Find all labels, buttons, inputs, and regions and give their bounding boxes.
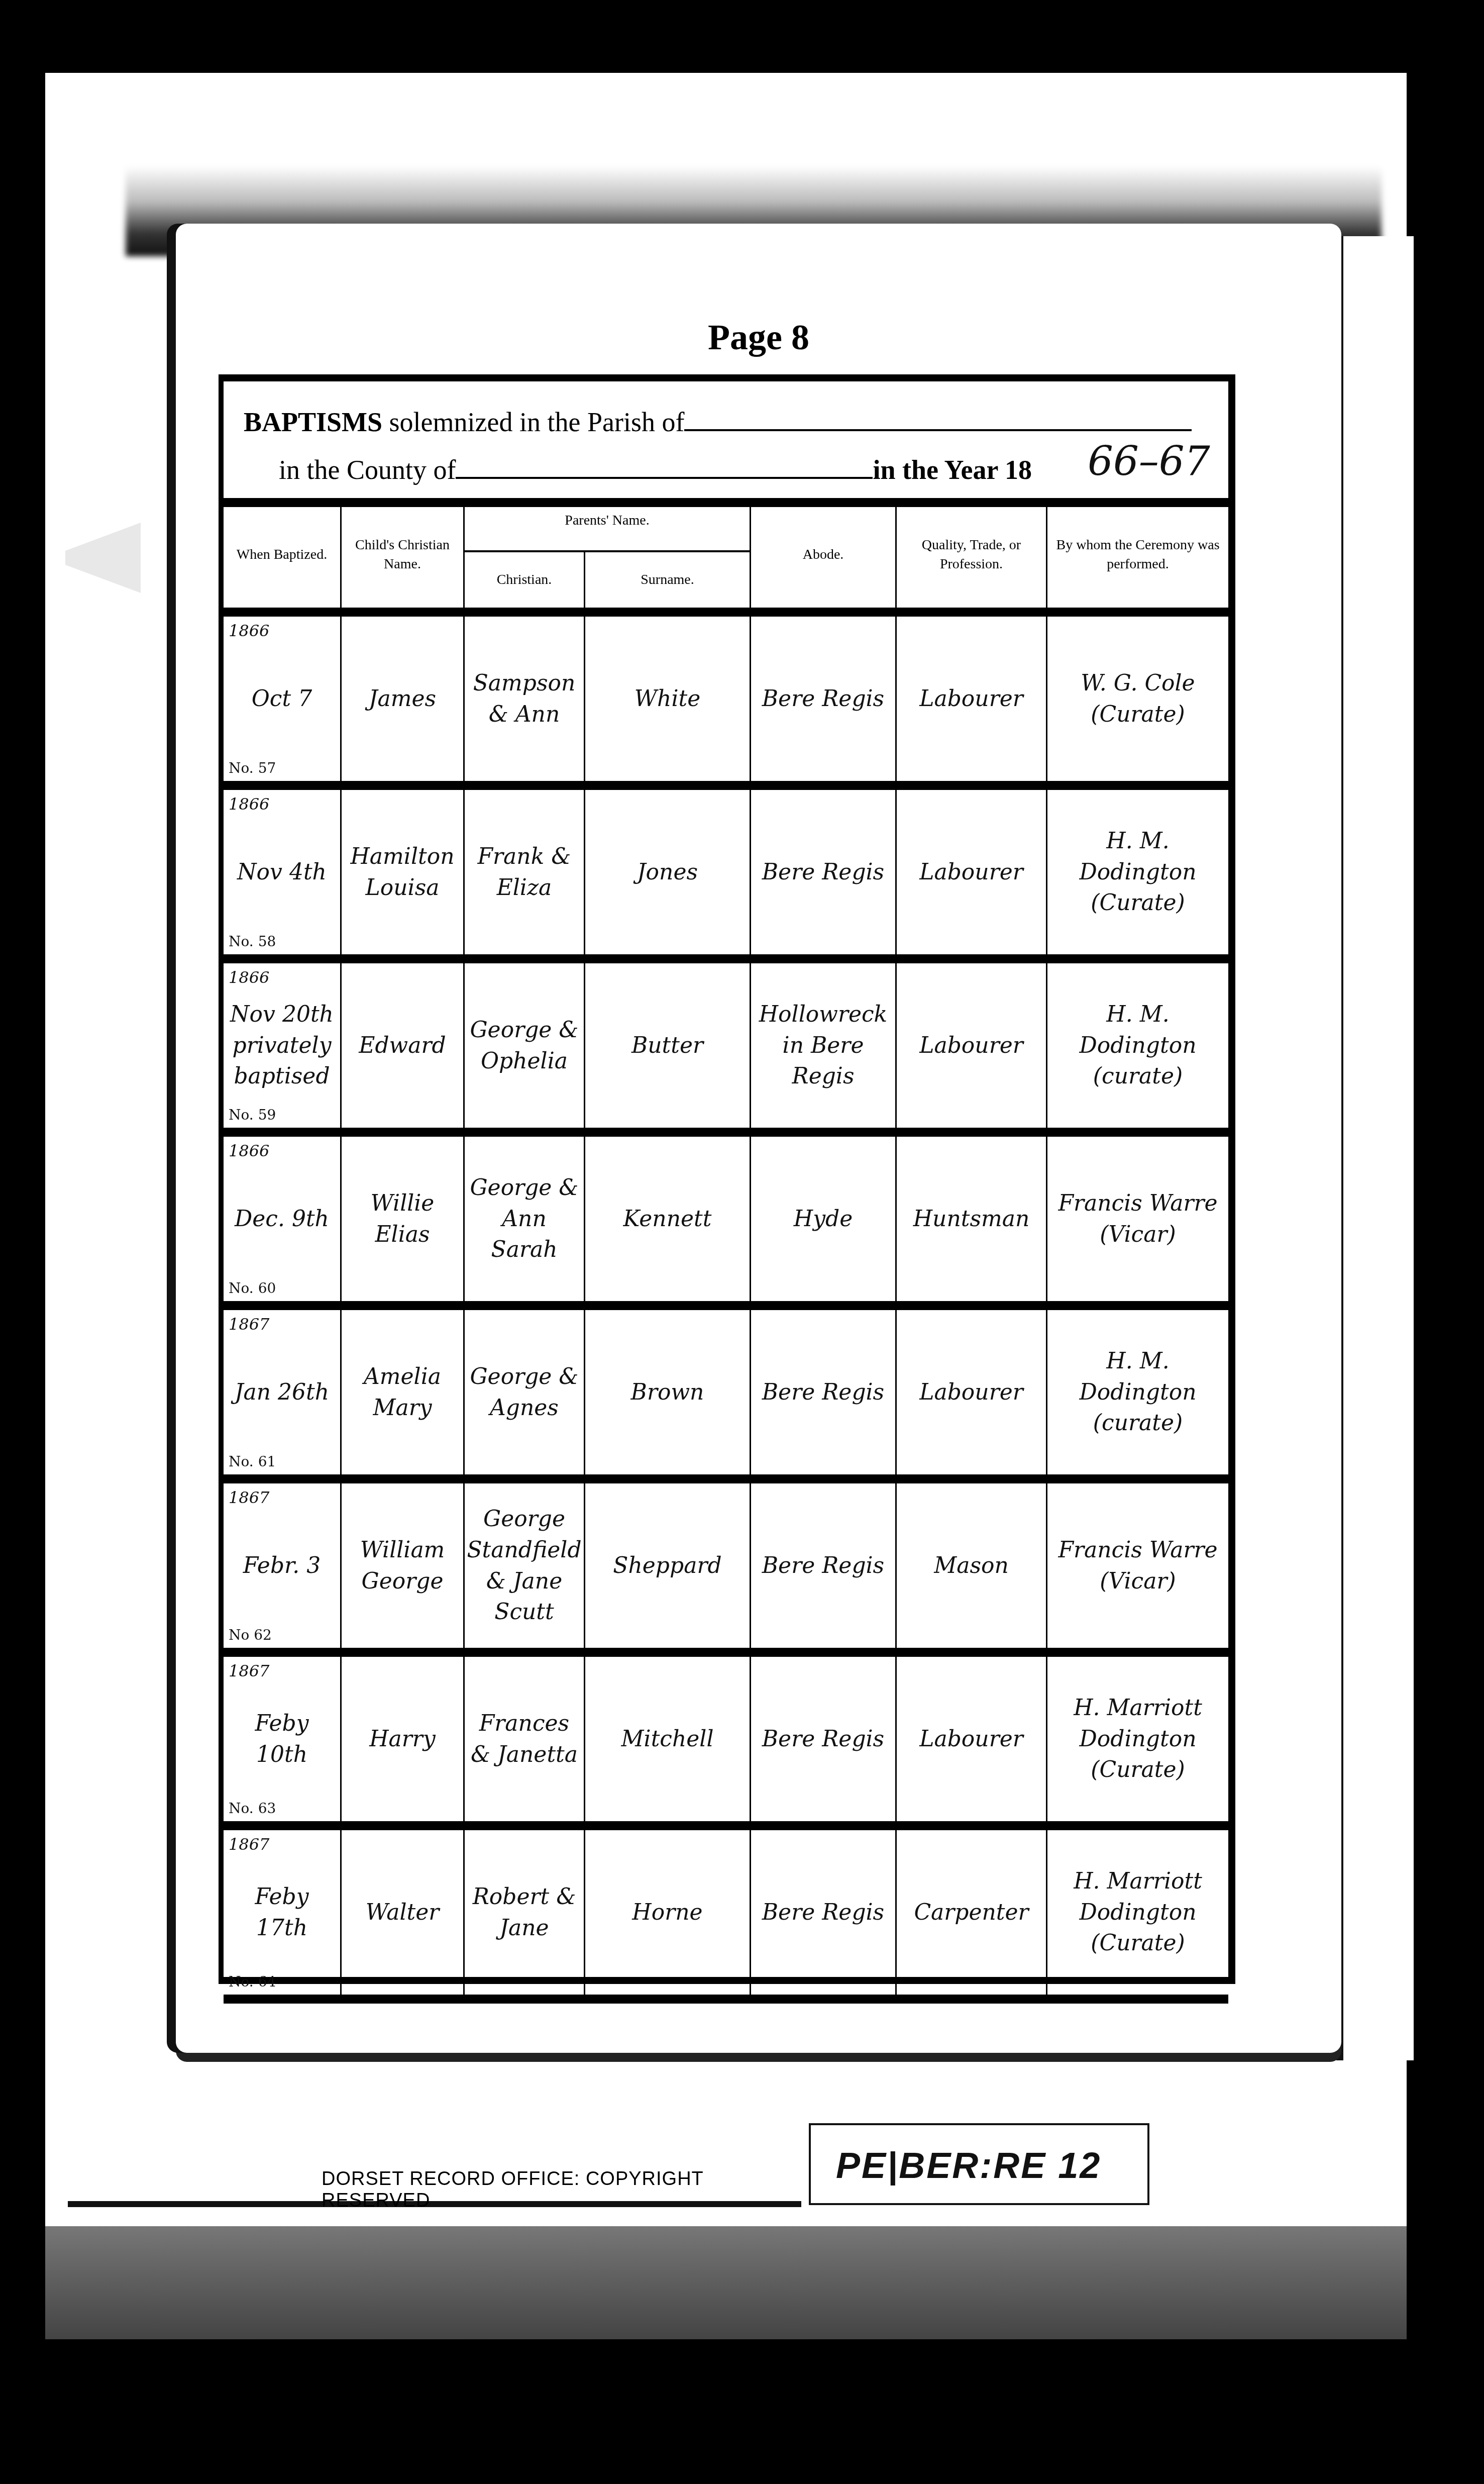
entry-number: No. 64 (229, 1972, 276, 1992)
cell-parents-christian: George & Agnes (465, 1310, 585, 1474)
col-abode: Abode. (751, 502, 897, 608)
cell-surname: Jones (585, 790, 751, 954)
entry-number: No 62 (229, 1625, 272, 1645)
cell-parents-christian: Frances & Janetta (465, 1657, 585, 1821)
col-by-whom: By whom the Ceremony was performed. (1047, 502, 1228, 608)
cell-surname: Horne (585, 1830, 751, 1995)
rule (224, 1821, 1228, 1830)
cell-date: 1867Feby 10thNo. 63 (224, 1657, 342, 1821)
entry-number: No. 57 (229, 758, 276, 778)
entry-year: 1866 (229, 966, 269, 989)
cell-abode: Bere Regis (751, 617, 897, 781)
rule (224, 1301, 1228, 1310)
cell-profession: Carpenter (897, 1830, 1047, 1995)
cell-surname: Butter (585, 963, 751, 1128)
cell-officiant: H. M. Dodington (Curate) (1047, 790, 1228, 954)
cell-child: James (342, 617, 465, 781)
cell-officiant: H. Marriott Dodington (Curate) (1047, 1830, 1228, 1995)
entry-number: No. 61 (229, 1452, 276, 1471)
baptisms-title: BAPTISMS (244, 407, 382, 437)
entry-year: 1866 (229, 1140, 269, 1162)
cell-abode: Bere Regis (751, 1830, 897, 1995)
mount-bottom (45, 2226, 1407, 2339)
header-line-county: in the County ofin the Year 18 (279, 454, 1032, 485)
cell-profession: Labourer (897, 1657, 1047, 1821)
register-page: Page 8 BAPTISMS solemnized in the Parish… (176, 224, 1341, 2053)
rule (224, 608, 1228, 617)
cell-surname: Sheppard (585, 1483, 751, 1648)
cell-officiant: Francis Warre (Vicar) (1047, 1137, 1228, 1301)
table-row: 1866Nov 4thNo. 58Hamilton LouisaFrank & … (224, 790, 1228, 954)
table-row: 1866Oct 7No. 57JamesSampson & AnnWhiteBe… (224, 617, 1228, 781)
cell-abode: Hyde (751, 1137, 897, 1301)
cell-date: 1866Oct 7No. 57 (224, 617, 342, 781)
cell-officiant: H. M. Dodington (curate) (1047, 1310, 1228, 1474)
page-number: Page 8 (176, 317, 1341, 358)
col-child: Child's Christian Name. (342, 502, 465, 608)
cell-officiant: H. M. Dodington (curate) (1047, 963, 1228, 1128)
cell-child: Harry (342, 1657, 465, 1821)
table-row: 1867Feby 10thNo. 63HarryFrances & Janett… (224, 1657, 1228, 1821)
rule (224, 1995, 1228, 2004)
cell-profession: Huntsman (897, 1137, 1047, 1301)
cell-abode: Bere Regis (751, 790, 897, 954)
table-row: 1866Dec. 9thNo. 60Willie EliasGeorge & A… (224, 1137, 1228, 1301)
cell-surname: Brown (585, 1310, 751, 1474)
cell-date: 1867Feby 17thNo. 64 (224, 1830, 342, 1995)
rule (224, 1648, 1228, 1657)
cell-abode: Bere Regis (751, 1310, 897, 1474)
table-row: 1867Febr. 3No 62William GeorgeGeorge Sta… (224, 1483, 1228, 1648)
entry-date: Nov 20th privately baptised (228, 999, 336, 1092)
cell-date: 1866Dec. 9thNo. 60 (224, 1137, 342, 1301)
entry-date: Oct 7 (252, 683, 312, 715)
cell-parents-christian: George & Ophelia (465, 963, 585, 1128)
adjacent-page (1336, 236, 1414, 2060)
entry-number: No. 63 (229, 1799, 276, 1818)
rule (224, 954, 1228, 963)
parish-field (684, 429, 1192, 431)
entry-date: Dec. 9th (235, 1204, 329, 1235)
col-surname: Surname. (585, 552, 751, 608)
cell-abode: Bere Regis (751, 1657, 897, 1821)
rule (224, 1474, 1228, 1483)
cell-child: Hamilton Louisa (342, 790, 465, 954)
col-parents: Parents' Name. (465, 502, 751, 552)
cell-parents-christian: Robert & Jane (465, 1830, 585, 1995)
entry-year: 1866 (229, 620, 269, 642)
cell-officiant: Francis Warre (Vicar) (1047, 1483, 1228, 1648)
cell-child: Amelia Mary (342, 1310, 465, 1474)
year-label: in the Year 18 (873, 455, 1032, 485)
cell-child: Walter (342, 1830, 465, 1995)
entry-year: 1867 (229, 1486, 269, 1509)
header-line-parish: BAPTISMS solemnized in the Parish of (244, 407, 1192, 438)
cell-child: William George (342, 1483, 465, 1648)
cell-profession: Labourer (897, 1310, 1047, 1474)
entry-year: 1866 (229, 793, 269, 816)
cell-date: 1866Nov 4thNo. 58 (224, 790, 342, 954)
entry-number: No. 60 (229, 1278, 276, 1298)
cell-date: 1867Jan 26thNo. 61 (224, 1310, 342, 1474)
copyright-notice: DORSET RECORD OFFICE: COPYRIGHT RESERVED (322, 2168, 801, 2212)
cell-child: Willie Elias (342, 1137, 465, 1301)
entry-number: No. 59 (229, 1105, 276, 1125)
reference-label: PE|BER:RE 12 (809, 2123, 1149, 2205)
cell-profession: Mason (897, 1483, 1047, 1648)
col-quality: Quality, Trade, or Profession. (897, 502, 1047, 608)
reference-code: PE|BER:RE 12 (836, 2145, 1101, 2187)
parish-label: solemnized in the Parish of (389, 407, 685, 437)
cell-profession: Labourer (897, 617, 1047, 781)
cell-abode: Hollowreck in Bere Regis (751, 963, 897, 1128)
cell-surname: Mitchell (585, 1657, 751, 1821)
year-value: 66–67 (1088, 438, 1210, 484)
entry-year: 1867 (229, 1660, 269, 1682)
cell-child: Edward (342, 963, 465, 1128)
rule (224, 1128, 1228, 1137)
cell-parents-christian: Frank & Eliza (465, 790, 585, 954)
table-row: 1866Nov 20th privately baptisedNo. 59Edw… (224, 963, 1228, 1128)
table-header: When Baptized. Child's Christian Name. P… (224, 502, 1228, 608)
cell-surname: Kennett (585, 1137, 751, 1301)
cell-parents-christian: George & Ann Sarah (465, 1137, 585, 1301)
film-border-left (0, 0, 45, 2484)
col-when: When Baptized. (224, 502, 342, 608)
entry-number: No. 58 (229, 932, 276, 951)
table-row: 1867Jan 26thNo. 61Amelia MaryGeorge & Ag… (224, 1310, 1228, 1474)
county-label: in the County of (279, 455, 456, 485)
cell-surname: White (585, 617, 751, 781)
register-frame: BAPTISMS solemnized in the Parish of in … (219, 374, 1235, 1984)
cell-profession: Labourer (897, 963, 1047, 1128)
entry-date: Feby 17th (228, 1881, 336, 1943)
cell-officiant: H. Marriott Dodington (Curate) (1047, 1657, 1228, 1821)
cell-parents-christian: Sampson & Ann (465, 617, 585, 781)
entry-date: Feby 10th (228, 1708, 336, 1770)
cell-parents-christian: George Standfield & Jane Scutt (465, 1483, 585, 1648)
entry-year: 1867 (229, 1833, 269, 1856)
cell-profession: Labourer (897, 790, 1047, 954)
cell-date: 1867Febr. 3No 62 (224, 1483, 342, 1648)
entry-date: Jan 26th (235, 1377, 329, 1408)
county-field (456, 476, 873, 479)
entry-date: Nov 4th (237, 857, 327, 888)
cell-abode: Bere Regis (751, 1483, 897, 1648)
entry-date: Febr. 3 (243, 1550, 321, 1581)
table-row: 1867Feby 17thNo. 64WalterRobert & JaneHo… (224, 1830, 1228, 1995)
rule (224, 781, 1228, 790)
film-border-right (1407, 0, 1484, 2484)
archive-label: DORSET RECORD OFFICE: COPYRIGHT RESERVED (68, 2121, 801, 2207)
cell-date: 1866Nov 20th privately baptisedNo. 59 (224, 963, 342, 1128)
col-christian: Christian. (465, 552, 585, 608)
entry-year: 1867 (229, 1313, 269, 1336)
cell-officiant: W. G. Cole (Curate) (1047, 617, 1228, 781)
